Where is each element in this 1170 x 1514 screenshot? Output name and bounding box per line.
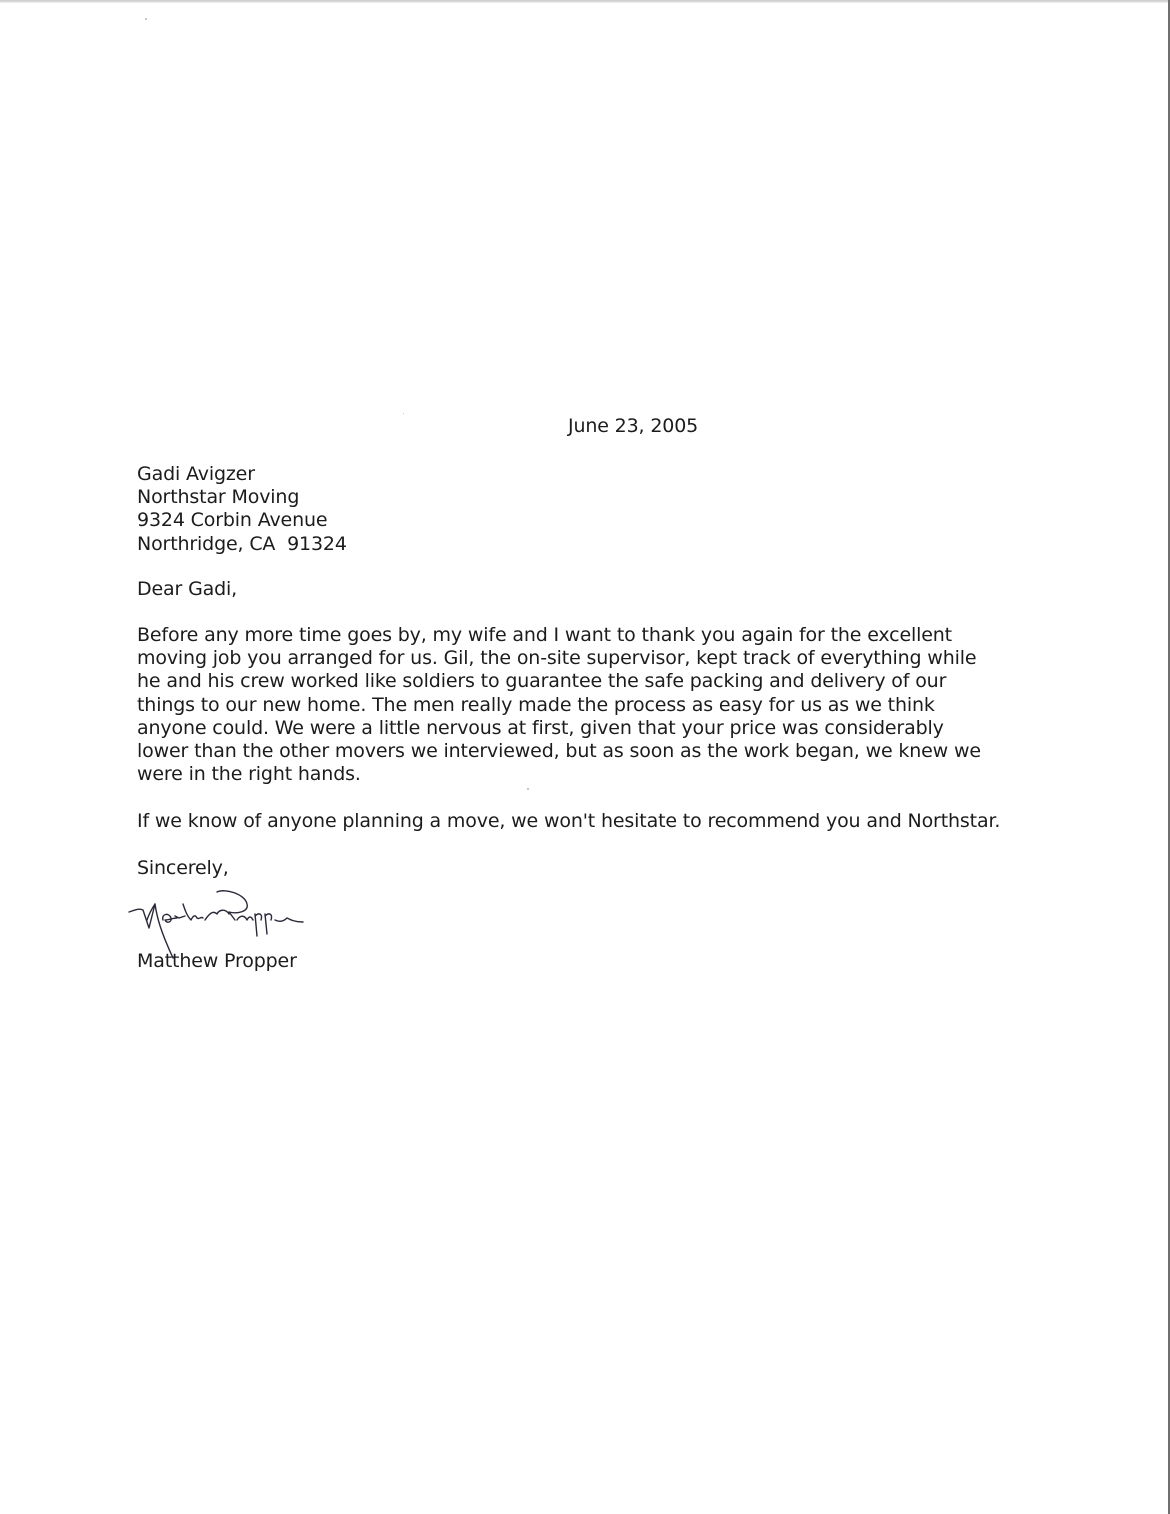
signer-name: Matthew Propper (137, 950, 297, 973)
paragraph-line: were in the right hands. (137, 763, 1037, 786)
paragraph-line: anyone could. We were a little nervous a… (137, 717, 1037, 740)
paragraph-line: Before any more time goes by, my wife an… (137, 624, 1037, 647)
recipient-address: Gadi Avigzer Northstar Moving 9324 Corbi… (137, 463, 347, 556)
scan-top-edge (0, 0, 1170, 3)
salutation: Dear Gadi, (137, 578, 237, 601)
scan-speck (145, 18, 147, 20)
paragraph-line: he and his crew worked like soldiers to … (137, 670, 1037, 693)
signature-icon (117, 880, 317, 960)
paragraph-line: moving job you arranged for us. Gil, the… (137, 647, 1037, 670)
scan-speck (527, 788, 529, 790)
letter-date: June 23, 2005 (568, 415, 698, 438)
body-paragraph-2: If we know of anyone planning a move, we… (137, 810, 1000, 833)
recipient-city-state-zip: Northridge, CA 91324 (137, 533, 347, 556)
scan-speck (403, 413, 404, 414)
closing: Sincerely, (137, 857, 229, 880)
recipient-name: Gadi Avigzer (137, 463, 347, 486)
paragraph-line: lower than the other movers we interview… (137, 740, 1037, 763)
recipient-company: Northstar Moving (137, 486, 347, 509)
recipient-street: 9324 Corbin Avenue (137, 509, 347, 532)
body-paragraph-1: Before any more time goes by, my wife an… (137, 624, 1037, 786)
paragraph-line: things to our new home. The men really m… (137, 694, 1037, 717)
